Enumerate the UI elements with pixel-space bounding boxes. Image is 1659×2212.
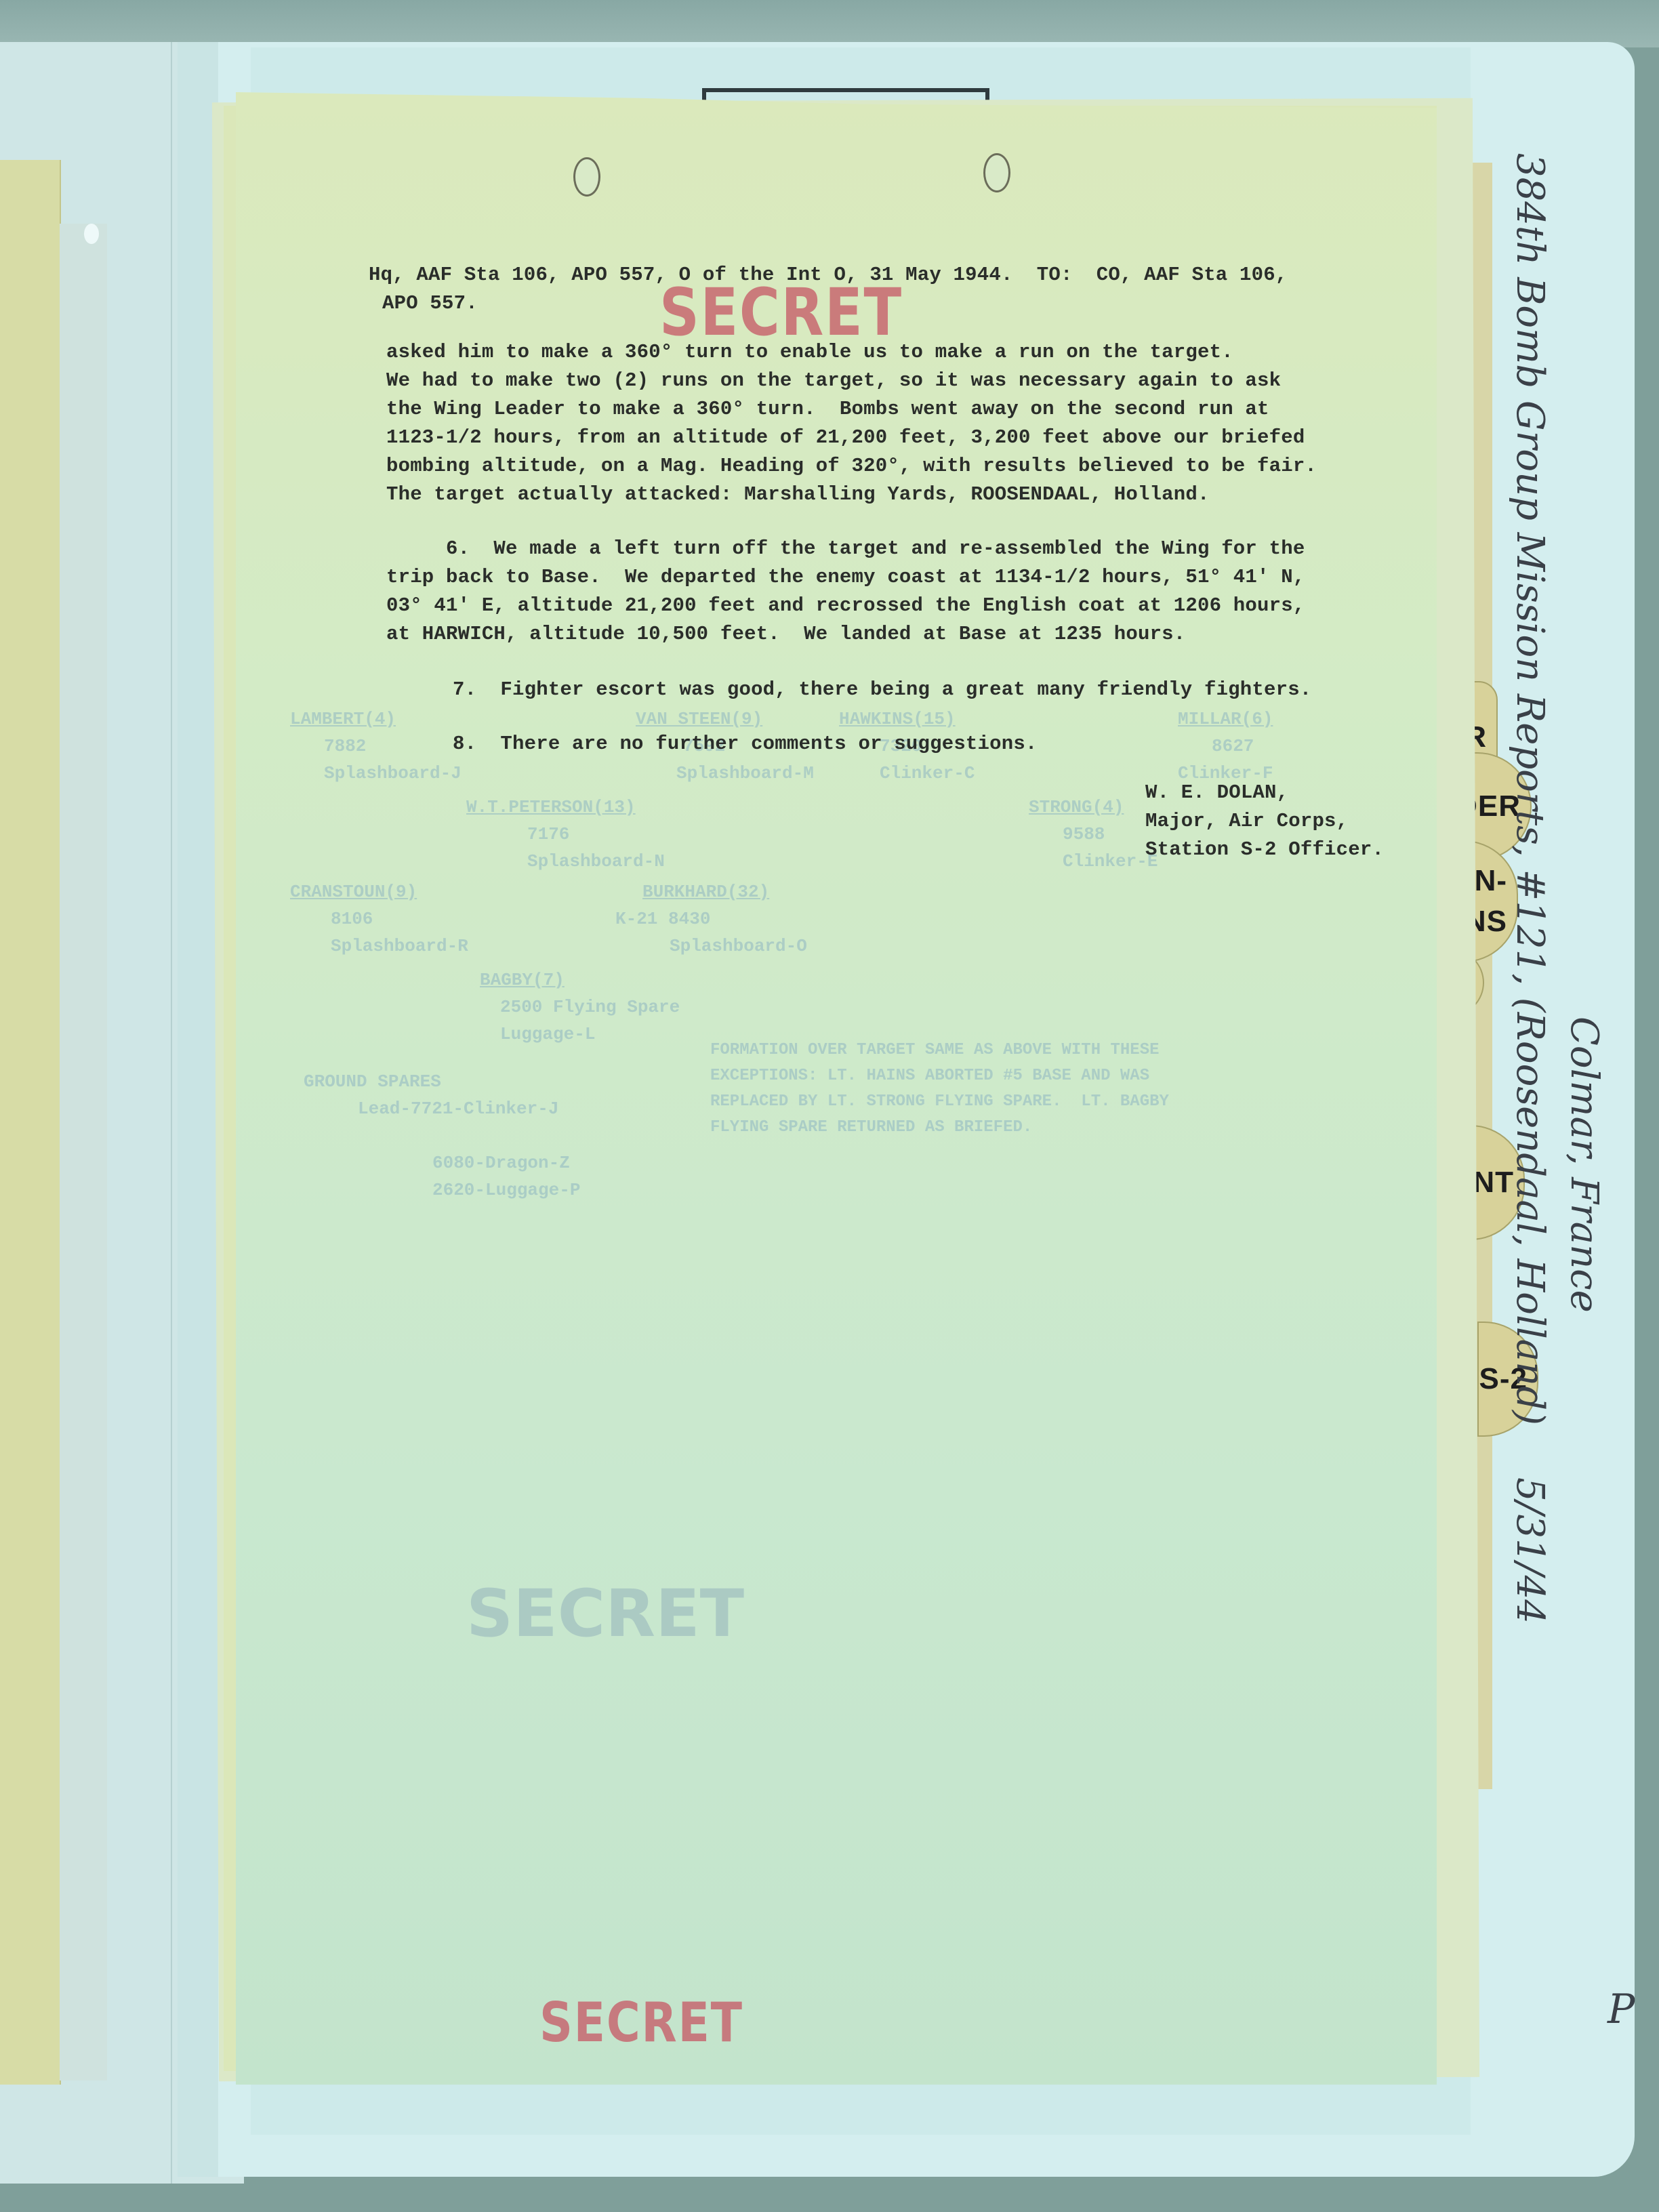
ghost-entry-call: Splashboard-R: [331, 933, 468, 960]
ghost-formation-note-line: REPLACED BY LT. STRONG FLYING SPARE. LT.…: [710, 1089, 1169, 1115]
paragraph-6-line: 03° 41' E, altitude 21,200 feet and recr…: [386, 591, 1305, 621]
ghost-entry-plane: 7176: [527, 821, 569, 848]
ghost-entry-plane: 8627: [1212, 733, 1254, 760]
ghost-formation-note-line: EXCEPTIONS: LT. HAINS ABORTED #5 BASE AN…: [710, 1063, 1149, 1089]
ghost-entry-name: LAMBERT(4): [290, 705, 396, 733]
background: [0, 0, 1659, 47]
paragraph-6-line: trip back to Base. We departed the enemy…: [386, 562, 1305, 592]
signature-name: W. E. DOLAN,: [1145, 778, 1288, 808]
ghost-entry-name: BAGBY(7): [480, 966, 565, 994]
ghost-entry-plane: K-21 8430: [615, 905, 710, 933]
punch-hole: [983, 153, 1010, 192]
paragraph-7: 7. Fighter escort was good, there being …: [453, 675, 1311, 705]
handwritten-mark: P: [1607, 1986, 1635, 2033]
ghost-entry-call: Clinker-C: [880, 760, 975, 787]
ghost-entry-plane: 9588: [1063, 821, 1105, 848]
ghost-entry-call: Clinker-E: [1063, 848, 1158, 875]
page-fold: [171, 42, 172, 2184]
binder-ring-hole: [84, 224, 99, 244]
ghost-formation-note-line: FLYING SPARE RETURNED AS BRIEFED.: [710, 1115, 1032, 1141]
ghost-entry-call: Splashboard-M: [676, 760, 814, 787]
secret-stamp-bottom: SECRET: [539, 1992, 743, 2053]
left-page-sleeve: [60, 224, 107, 2081]
ghost-secret-stamp: SECRET: [466, 1576, 744, 1651]
ghost-ground-spare: 6080-Dragon-Z: [432, 1149, 570, 1176]
handwritten-date: 5/31/44: [1508, 1477, 1552, 1624]
paragraph-6-line: 6. We made a left turn off the target an…: [386, 534, 1305, 564]
signature-title: Station S-2 Officer.: [1145, 835, 1384, 865]
ghost-entry-name: W.T.PETERSON(13): [466, 794, 636, 821]
paragraph-5-line: bombing altitude, on a Mag. Heading of 3…: [386, 451, 1317, 481]
paragraph-5-line: 1123-1/2 hours, from an altitude of 21,2…: [386, 423, 1305, 453]
ghost-entry-plane: 8106: [331, 905, 373, 933]
ghost-entry-name: MILLAR(6): [1178, 705, 1273, 733]
ghost-entry-name: CRANSTOUN(9): [290, 878, 417, 905]
ghost-ground-spare: 2620-Luggage-P: [432, 1176, 580, 1204]
ghost-entry-name: VAN STEEN(9): [636, 705, 762, 733]
paragraph-8: 8. There are no further comments or sugg…: [453, 729, 1038, 759]
signature-rank: Major, Air Corps,: [1145, 806, 1348, 836]
paragraph-5-line: We had to make two (2) runs on the targe…: [386, 366, 1281, 396]
left-page-document-edge: [0, 160, 61, 2085]
ghost-ground-spares-label: GROUND SPARES: [304, 1068, 441, 1095]
ghost-entry-plane: 2500 Flying Spare: [500, 994, 680, 1021]
handwritten-folder-label: 384th Bomb Group Mission Reports, #121, …: [1508, 153, 1552, 1425]
ghost-ground-spare: Lead-7721-Clinker-J: [358, 1095, 558, 1122]
ghost-entry-call: Splashboard-O: [670, 933, 807, 960]
handwritten-location: Colmar, France: [1562, 1017, 1606, 1313]
paragraph-6-line: at HARWICH, altitude 10,500 feet. We lan…: [386, 619, 1185, 649]
paragraph-5-line: The target actually attacked: Marshallin…: [386, 480, 1210, 510]
ghost-entry-name: STRONG(4): [1029, 794, 1124, 821]
ghost-entry-call: Splashboard-J: [324, 760, 462, 787]
mission-report-page: LAMBERT(4) 7882 Splashboard-J VAN STEEN(…: [236, 92, 1437, 2085]
ghost-entry-plane: 7882: [324, 733, 366, 760]
folder-spine: [178, 42, 218, 2177]
paragraph-5-line: the Wing Leader to make a 360° turn. Bom…: [386, 394, 1269, 424]
ghost-entry-call: Splashboard-N: [527, 848, 665, 875]
paragraph-5-line: asked him to make a 360° turn to enable …: [386, 337, 1233, 367]
punch-hole: [573, 157, 600, 197]
header-line: APO 557.: [382, 289, 478, 319]
ghost-entry-call: Luggage-L: [500, 1021, 595, 1048]
ghost-entry-name: HAWKINS(15): [839, 705, 956, 733]
ghost-formation-note-line: FORMATION OVER TARGET SAME AS ABOVE WITH…: [710, 1038, 1160, 1063]
ghost-entry-name: BURKHARD(32): [642, 878, 769, 905]
